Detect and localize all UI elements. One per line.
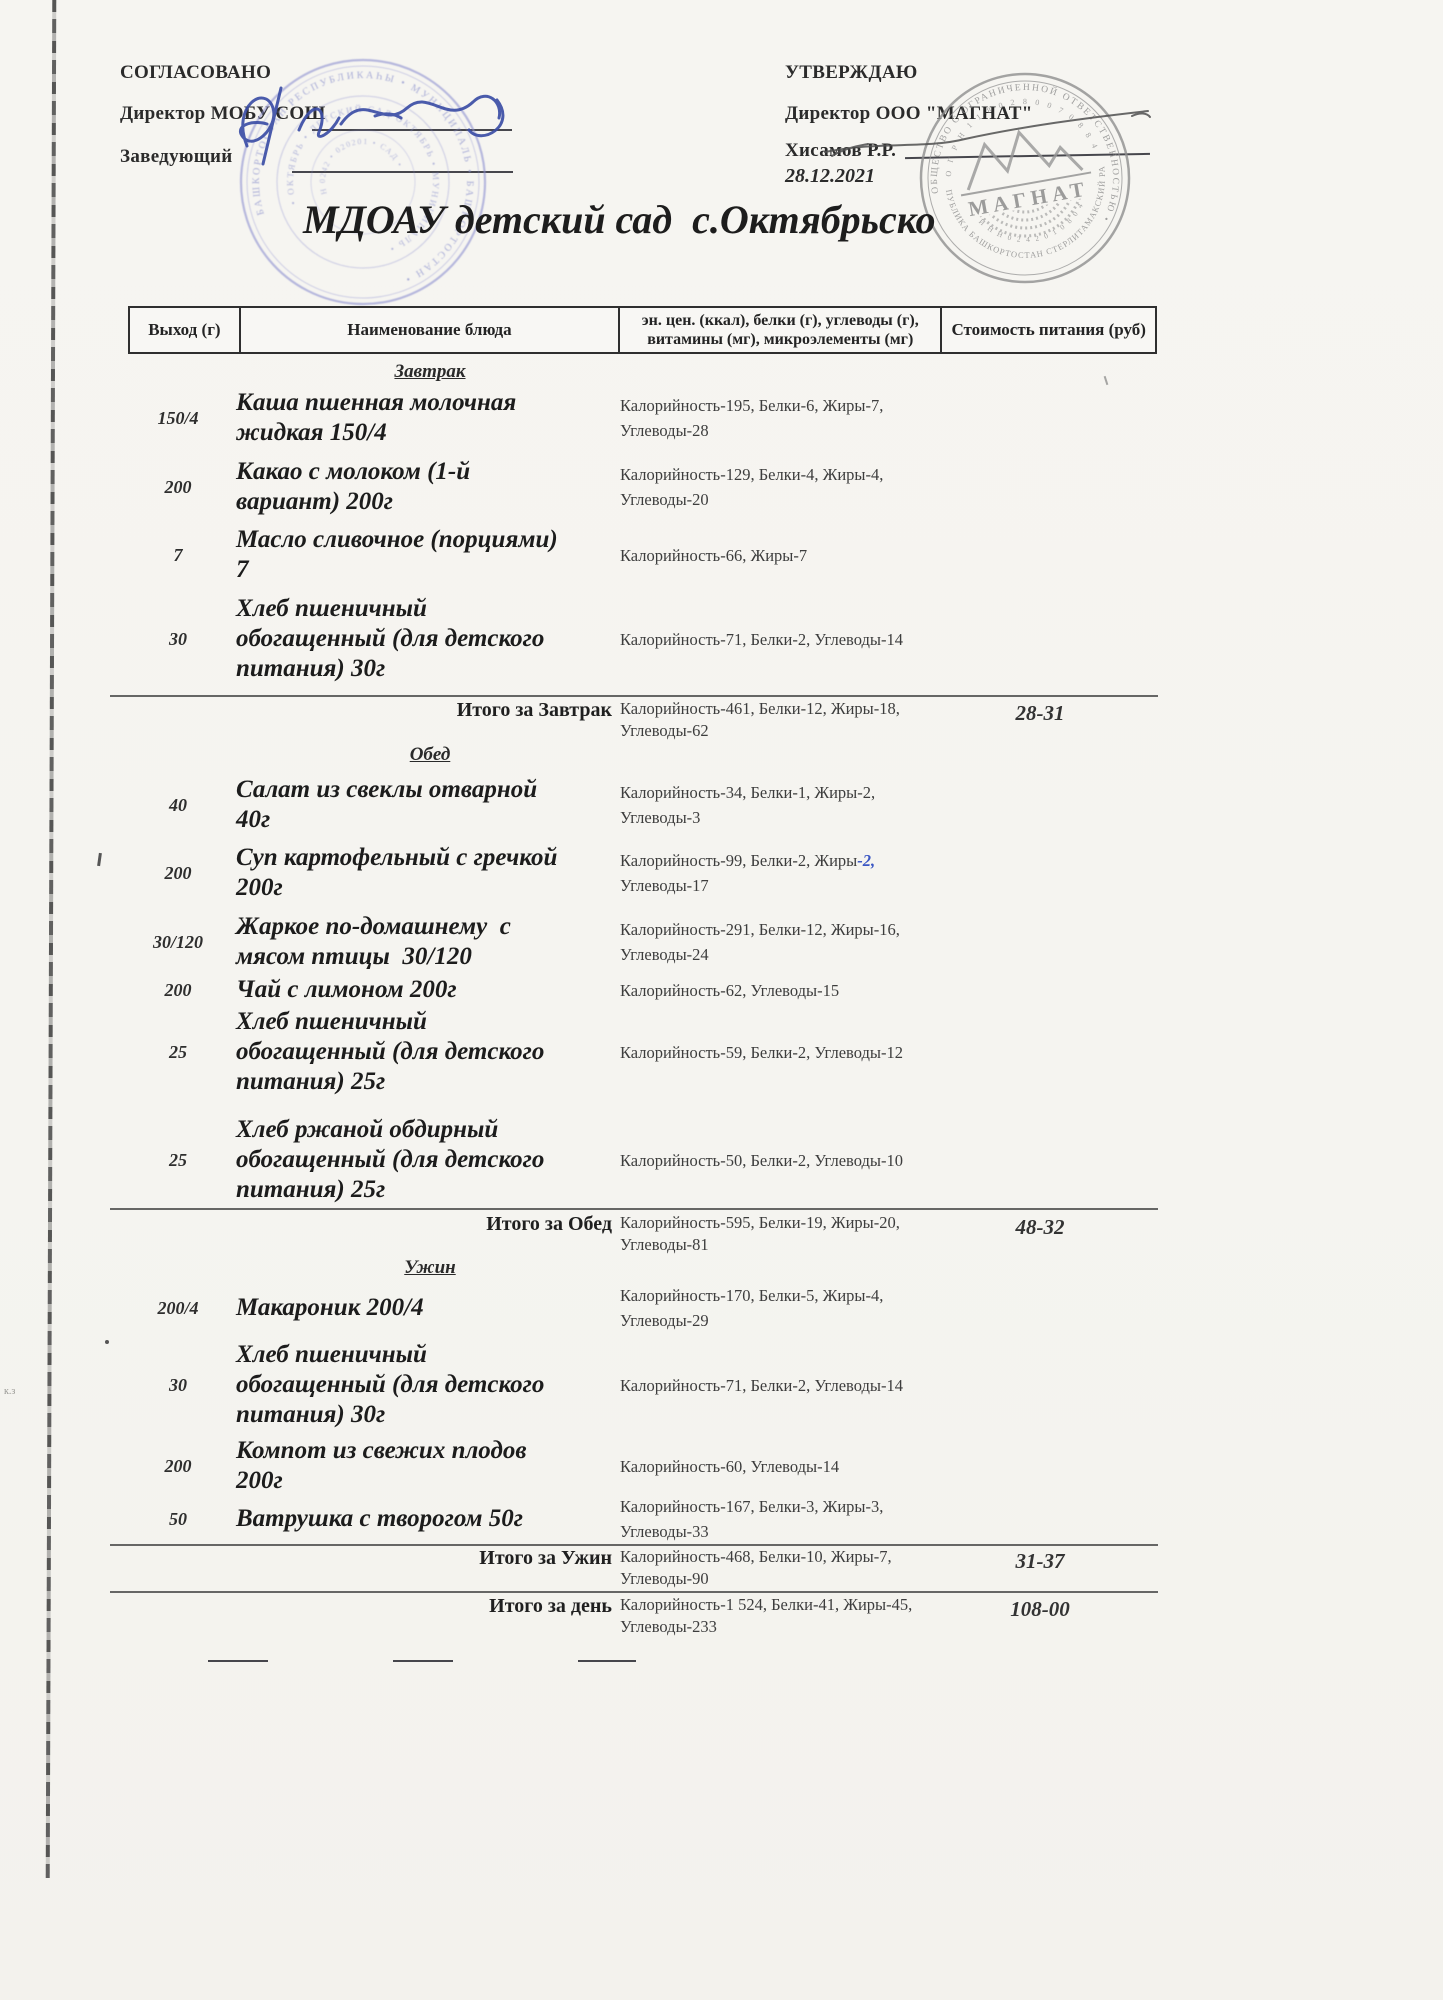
- total-label: Итого за Обед: [128, 1212, 612, 1236]
- scan-speck: [1104, 376, 1109, 385]
- total-label: Итого за Завтрак: [128, 698, 612, 722]
- dish-name: Хлеб пшеничныйобогащенный (для детскогоп…: [236, 1007, 616, 1097]
- table-header: Выход (г) Наименование блюда эн. цен. (к…: [128, 306, 1157, 354]
- portion-size: 200: [128, 980, 228, 1001]
- menu-row: 30 Хлеб пшеничныйобогащенный (для детско…: [128, 594, 1158, 684]
- edge-note: к.з: [4, 1386, 15, 1397]
- total-cost: 28-31: [940, 698, 1140, 726]
- menu-row: 200 Компот из свежих плодов200г Калорийн…: [128, 1436, 1158, 1496]
- dish-nutrition: Калорийность-167, Белки-3, Жиры-3,Углево…: [616, 1494, 936, 1544]
- menu-row: 150/4 Каша пшенная молочнаяжидкая 150/4 …: [128, 388, 1158, 448]
- column-header-dish: Наименование блюда: [239, 308, 618, 352]
- portion-size: 150/4: [128, 408, 228, 429]
- dish-nutrition: Калорийность-99, Белки-2, Жиры-2, Углево…: [616, 848, 936, 898]
- day-total-row: Итого за день Калорийность-1 524, Белки-…: [128, 1594, 1158, 1638]
- portion-size: 30: [128, 1375, 228, 1396]
- scan-speck: [97, 853, 102, 866]
- approval-right-heading: УТВЕРЖДАЮ: [785, 62, 918, 84]
- total-label: Итого за Ужин: [128, 1546, 612, 1570]
- signature-line: [208, 1660, 268, 1662]
- dish-name: Компот из свежих плодов200г: [236, 1436, 616, 1496]
- column-header-output: Выход (г): [130, 308, 239, 352]
- signature-line: [393, 1660, 453, 1662]
- menu-row: 30 Хлеб пшеничныйобогащенный (для детско…: [128, 1340, 1158, 1430]
- dish-name: Макароник 200/4: [236, 1293, 616, 1323]
- scan-speck: [105, 1340, 109, 1344]
- dish-name: Какао с молоком (1-йвариант) 200г: [236, 457, 616, 517]
- dish-name: Чай с лимоном 200г: [236, 975, 616, 1005]
- menu-row: 40 Салат из свеклы отварной40г Калорийно…: [128, 775, 1158, 835]
- menu-row: 200/4 Макароник 200/4 Калорийность-170, …: [128, 1283, 1158, 1333]
- dish-nutrition: Калорийность-170, Белки-5, Жиры-4,Углево…: [616, 1283, 936, 1333]
- dish-nutrition: Калорийность-50, Белки-2, Углеводы-10: [616, 1148, 936, 1173]
- portion-size: 40: [128, 795, 228, 816]
- menu-row: 30/120 Жаркое по-домашнему смясом птицы …: [128, 912, 1158, 972]
- scan-edge-artifact: [46, 0, 57, 1878]
- total-nutrition: Калорийность-468, Белки-10, Жиры-7,Углев…: [620, 1546, 936, 1590]
- menu-row: 25 Хлеб пшеничныйобогащенный (для детско…: [128, 1007, 1158, 1097]
- portion-size: 200/4: [128, 1298, 228, 1319]
- dish-nutrition: Калорийность-66, Жиры-7: [616, 543, 936, 568]
- dinner-total-row: Итого за Ужин Калорийность-468, Белки-10…: [128, 1546, 1158, 1590]
- zaveduyushchiy-signature-icon: [215, 72, 545, 187]
- dish-name: Жаркое по-домашнему смясом птицы 30/120: [236, 912, 616, 972]
- dish-name: Хлеб ржаной обдирныйобогащенный (для дет…: [236, 1115, 616, 1205]
- column-header-energy: эн. цен. (ккал), белки (г), углеводы (г)…: [618, 308, 940, 352]
- lunch-total-row: Итого за Обед Калорийность-595, Белки-19…: [128, 1212, 1158, 1256]
- signature-line: [578, 1660, 636, 1662]
- portion-size: 200: [128, 863, 228, 884]
- menu-row: 200 Какао с молоком (1-йвариант) 200г Ка…: [128, 457, 1158, 517]
- handwritten-correction: -2,: [857, 851, 875, 870]
- total-cost: 48-32: [940, 1212, 1140, 1240]
- section-heading-lunch: Обед: [135, 744, 725, 766]
- portion-size: 25: [128, 1042, 228, 1063]
- portion-size: 200: [128, 1456, 228, 1477]
- dish-name: Суп картофельный с гречкой200г: [236, 843, 616, 903]
- dish-nutrition: Калорийность-60, Углеводы-14: [616, 1454, 936, 1479]
- dish-nutrition: Калорийность-195, Белки-6, Жиры-7,Углево…: [616, 393, 936, 443]
- column-header-cost: Стоимость питания (руб): [940, 308, 1155, 352]
- total-nutrition: Калорийность-1 524, Белки-41, Жиры-45,Уг…: [620, 1594, 936, 1638]
- total-cost: 108-00: [940, 1594, 1140, 1622]
- dish-nutrition: Калорийность-129, Белки-4, Жиры-4,Углево…: [616, 462, 936, 512]
- scanned-menu-document: к.з СОГЛАСОВАНО Директор МОБУ СОШ Заведу…: [0, 0, 1443, 2000]
- dish-nutrition: Калорийность-291, Белки-12, Жиры-16,Угле…: [616, 917, 936, 967]
- menu-row: 7 Масло сливочное (порциями)7 Калорийнос…: [128, 525, 1158, 585]
- menu-row: 25 Хлеб ржаной обдирныйобогащенный (для …: [128, 1115, 1158, 1205]
- dish-name: Хлеб пшеничныйобогащенный (для детскогоп…: [236, 594, 616, 684]
- section-divider: [110, 695, 1158, 697]
- dish-nutrition: Калорийность-62, Углеводы-15: [616, 978, 936, 1003]
- dish-name: Хлеб пшеничныйобогащенный (для детскогоп…: [236, 1340, 616, 1430]
- breakfast-total-row: Итого за Завтрак Калорийность-461, Белки…: [128, 698, 1158, 742]
- total-cost: 31-37: [940, 1546, 1140, 1574]
- section-heading-dinner: Ужин: [135, 1257, 725, 1279]
- portion-size: 7: [128, 545, 228, 566]
- portion-size: 200: [128, 477, 228, 498]
- dish-nutrition: Калорийность-71, Белки-2, Углеводы-14: [616, 1373, 936, 1398]
- menu-row: 50 Ватрушка с творогом 50г Калорийность-…: [128, 1494, 1158, 1544]
- menu-row: 200 Чай с лимоном 200г Калорийность-62, …: [128, 975, 1158, 1005]
- page-title: МДОАУ детский сад с.Октябрьско: [303, 196, 935, 243]
- section-divider: [110, 1208, 1158, 1210]
- dish-name: Каша пшенная молочнаяжидкая 150/4: [236, 388, 616, 448]
- total-label: Итого за день: [128, 1594, 612, 1618]
- director-signature-icon: [780, 95, 1160, 175]
- portion-size: 30/120: [128, 932, 228, 953]
- section-heading-breakfast: Завтрак: [135, 361, 725, 383]
- menu-row: 200 Суп картофельный с гречкой200г Калор…: [128, 843, 1158, 903]
- dish-nutrition: Калорийность-71, Белки-2, Углеводы-14: [616, 627, 936, 652]
- dish-nutrition: Калорийность-59, Белки-2, Углеводы-12: [616, 1040, 936, 1065]
- dish-name: Масло сливочное (порциями)7: [236, 525, 616, 585]
- dish-name: Салат из свеклы отварной40г: [236, 775, 616, 835]
- total-nutrition: Калорийность-461, Белки-12, Жиры-18,Угле…: [620, 698, 936, 742]
- portion-size: 25: [128, 1150, 228, 1171]
- nutrition-text: Калорийность-99, Белки-2, Жиры: [620, 851, 857, 870]
- portion-size: 30: [128, 629, 228, 650]
- magnat-round-stamp-icon: ОБЩЕСТВО С ОГРАНИЧЕННОЙ ОТВЕТСТВЕННОСТЬЮ…: [905, 58, 1145, 298]
- dish-nutrition: Калорийность-34, Белки-1, Жиры-2,Углевод…: [616, 780, 936, 830]
- dish-name: Ватрушка с творогом 50г: [236, 1504, 616, 1534]
- portion-size: 50: [128, 1509, 228, 1530]
- total-nutrition: Калорийность-595, Белки-19, Жиры-20,Угле…: [620, 1212, 936, 1256]
- section-divider: [110, 1591, 1158, 1593]
